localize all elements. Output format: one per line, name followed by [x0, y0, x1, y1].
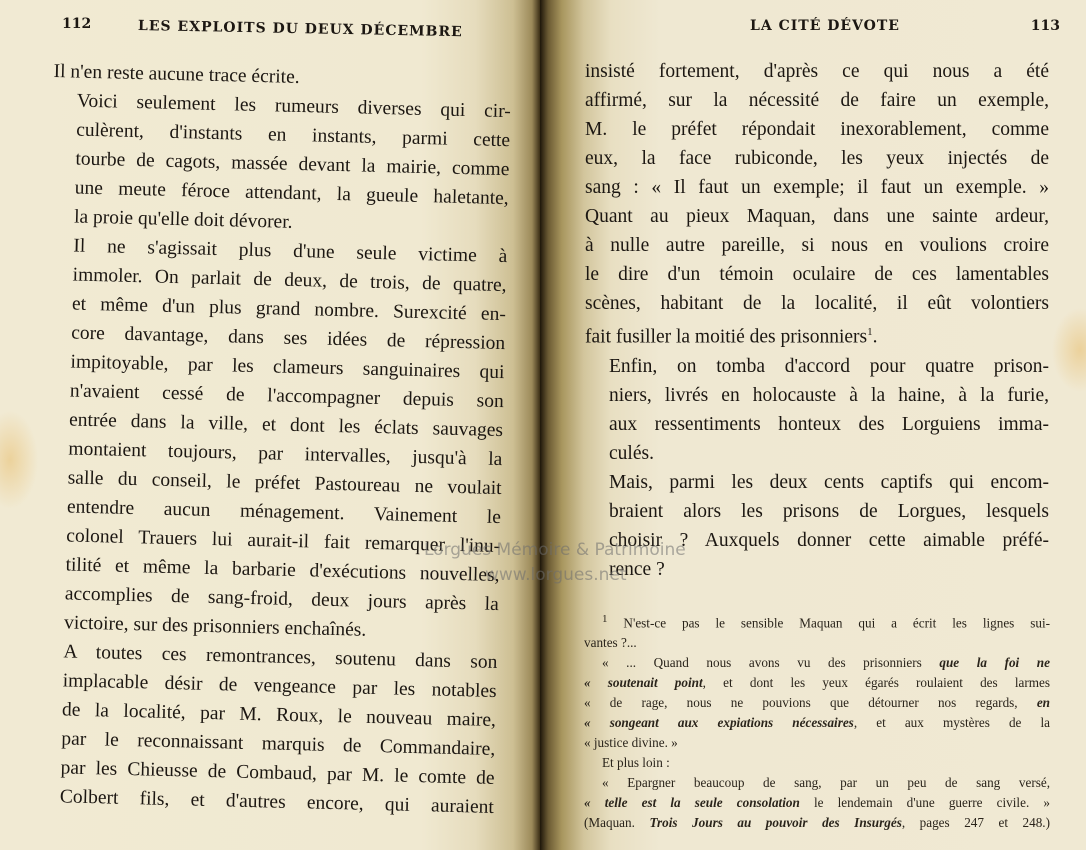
footnote-line: (Maquan. Trois Jours au pouvoir des Insu… [584, 813, 1050, 833]
right-page-body: insisté fortement, d'après ce qui nous a… [585, 57, 1049, 584]
text-fragment: « de rage, nous ne pouvions que détourne… [584, 695, 1037, 710]
paragraph: Il ne s'agissait plus d'une seule victim… [40, 231, 508, 648]
text-line: niers, livrés en holocauste à la haine, … [585, 381, 1049, 410]
running-head-left: LES EXPLOITS DU DEUX DÉCEMBRE [138, 18, 463, 40]
italic-fragment: que la foi ne [939, 655, 1050, 670]
text-line: aux ressentiments honteux des Lorguiens … [585, 410, 1049, 439]
text-line: Mais, parmi les deux cents captifs qui e… [585, 468, 1049, 497]
footnote-marker: 1 [602, 613, 608, 625]
italic-fragment: en [1037, 695, 1050, 710]
text-line: le dire d'un témoin oculaire de ces lame… [585, 260, 1049, 289]
italic-fragment: « songeant aux expiations nécessaires [584, 715, 854, 730]
left-page-body: Il n'en reste aucune trace écrite. Voici… [36, 57, 512, 822]
text-line: culés. [585, 439, 1049, 468]
footnote-line: Et plus loin : [584, 753, 1050, 773]
footnote-line: « songeant aux expiations nécessaires, e… [584, 713, 1050, 733]
text-fragment: N'est-ce pas le sensible Maquan qui a éc… [623, 615, 1050, 630]
book-spread: 112 LES EXPLOITS DU DEUX DÉCEMBRE Il n'e… [0, 0, 1086, 850]
footnote-line: « Epargner beaucoup de sang, par un peu … [584, 773, 1050, 793]
paragraph: Voici seulement les rumeurs diverses qui… [50, 86, 511, 242]
footnote-line: « justice divine. » [584, 733, 1050, 753]
italic-fragment: « soutenait point [584, 675, 703, 690]
left-page: 112 LES EXPLOITS DU DEUX DÉCEMBRE Il n'e… [0, 0, 540, 850]
text-fragment: . [873, 327, 878, 348]
footnote-line: 1 N'est-ce pas le sensible Maquan qui a … [584, 609, 1050, 633]
footnote-line: vantes ?... [584, 633, 1050, 653]
footnote-line: « soutenait point, et dont les yeux égar… [584, 673, 1050, 693]
text-line: affirmé, sur la nécessité de faire un ex… [585, 86, 1049, 115]
text-line: eux, la face rubiconde, les yeux injecté… [585, 144, 1049, 173]
text-fragment: le lendemain d'une guerre civile. » [800, 795, 1050, 810]
italic-fragment: Trois Jours au pouvoir des Insurgés [649, 815, 901, 830]
text-fragment: , pages 247 et 248.) [902, 815, 1050, 830]
paragraph: insisté fortement, d'après ce qui nous a… [585, 57, 1049, 352]
text-fragment: (Maquan. [584, 815, 649, 830]
text-line: braient alors les prisons de Lorgues, le… [585, 497, 1049, 526]
paragraph: A toutes ces remontrances, soutenu dans … [36, 637, 498, 822]
italic-fragment: « telle est la seule consolation [584, 795, 800, 810]
right-page: LA CITÉ DÉVOTE 113 insisté fortement, d'… [540, 0, 1086, 850]
text-fragment: , et dont les yeux égarés roulaient des … [703, 675, 1050, 690]
text-line: M. le préfet répondait inexorablement, c… [585, 115, 1049, 144]
text-line: choisir ? Auxquels donner cette aimable … [585, 526, 1049, 555]
text-line: à nulle autre pareille, si nous en vouli… [585, 231, 1049, 260]
text-fragment: fait fusiller la moitié des prisonniers [585, 327, 867, 348]
text-line: insisté fortement, d'après ce qui nous a… [585, 57, 1049, 86]
text-line: Quant au pieux Maquan, dans une sainte a… [585, 202, 1049, 231]
text-line: Enfin, on tomba d'accord pour quatre pri… [585, 352, 1049, 381]
text-line: scènes, habitant de la localité, il eût … [585, 289, 1049, 318]
text-fragment: « ... Quand nous avons vu des prisonnier… [602, 655, 939, 670]
text-line: rence ? [585, 555, 1049, 584]
text-line: sang : « Il faut un exemple; il faut un … [585, 173, 1049, 202]
footnote-line: « telle est la seule consolation le lend… [584, 793, 1050, 813]
footnote-line: « de rage, nous ne pouvions que détourne… [584, 693, 1050, 713]
text-line: fait fusiller la moitié des prisonniers1… [585, 318, 1049, 352]
footnote-line: « ... Quand nous avons vu des prisonnier… [584, 653, 1050, 673]
paragraph: Mais, parmi les deux cents captifs qui e… [585, 468, 1049, 584]
page-number-right: 113 [1031, 18, 1060, 34]
text-fragment: , et aux mystères de la [854, 715, 1050, 730]
paragraph: Enfin, on tomba d'accord pour quatre pri… [585, 352, 1049, 468]
page-number-left: 112 [62, 16, 91, 32]
footnote-block: 1 N'est-ce pas le sensible Maquan qui a … [584, 609, 1050, 833]
running-head-right: LA CITÉ DÉVOTE [750, 18, 900, 34]
